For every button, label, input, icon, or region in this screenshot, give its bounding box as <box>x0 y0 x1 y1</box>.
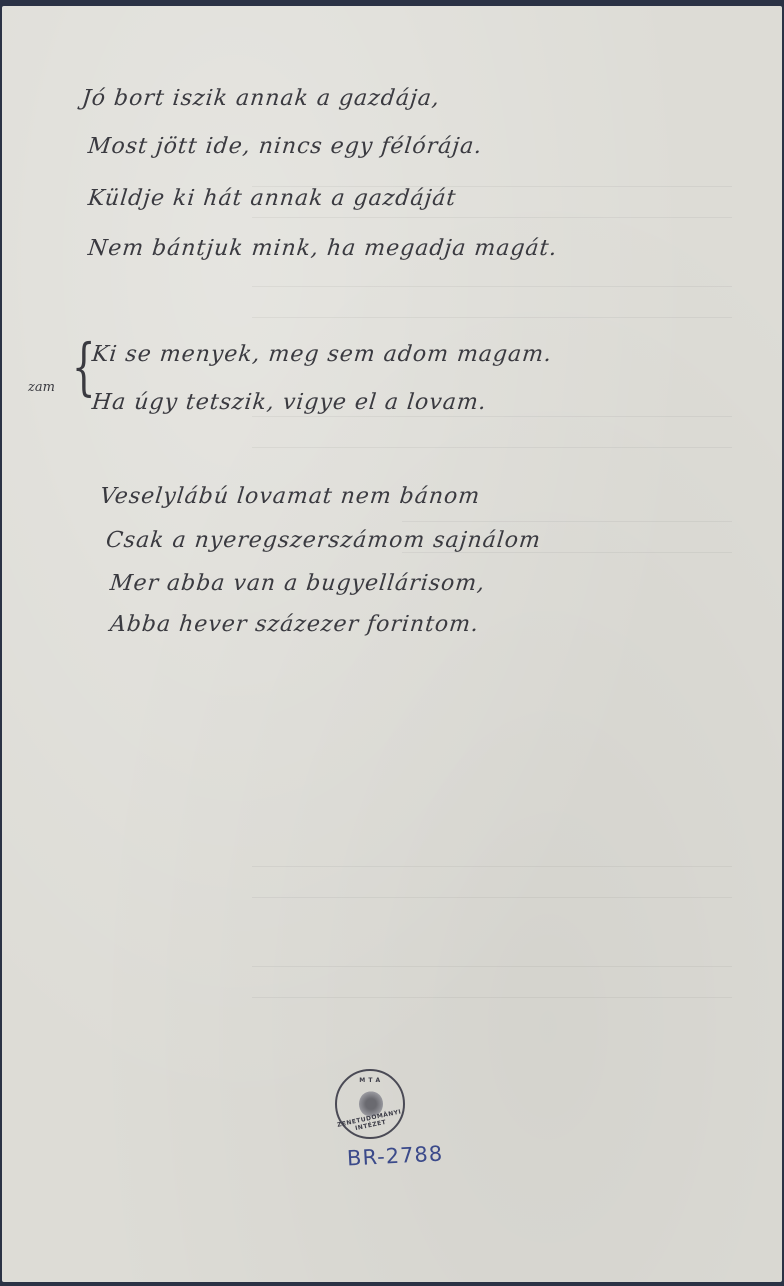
bleed-through-staff <box>252 966 732 998</box>
bleed-through-staff <box>252 286 732 318</box>
stanza-1-line-3: Küldje ki hát annak a gazdáját <box>87 186 458 211</box>
stanza-2-line-1: Ki se menyek, meg sem adom magam. <box>91 342 554 367</box>
shelfmark: BR-2788 <box>346 1141 443 1170</box>
stanza-1-line-4: Nem bántjuk mink, ha megadja magát. <box>87 236 559 261</box>
bleed-through-staff <box>252 866 732 898</box>
stamp-top-text: M T A <box>337 1077 403 1084</box>
stanza-3-line-4: Abba hever százezer forintom. <box>109 612 481 637</box>
margin-note: zam <box>28 380 55 395</box>
bleed-through-staff <box>252 416 732 448</box>
stanza-1-line-1: Jó bort iszik annak a gazdája, <box>81 86 442 111</box>
manuscript-page: Jó bort iszik annak a gazdája, Most jött… <box>2 6 782 1282</box>
stanza-2-line-2: Ha úgy tetszik, vigye el a lovam. <box>91 390 488 415</box>
stanza-3-line-2: Csak a nyeregszerszámom sajnálom <box>105 528 543 553</box>
library-stamp: M T A ZENETUDOMÁNYI INTÉZET <box>335 1069 405 1139</box>
stanza-3-line-3: Mer abba van a bugyellárisom, <box>109 571 487 596</box>
stanza-1-line-2: Most jött ide, nincs egy félórája. <box>87 134 484 159</box>
stanza-3-line-1: Veselylábú lovamat nem bánom <box>99 484 482 509</box>
